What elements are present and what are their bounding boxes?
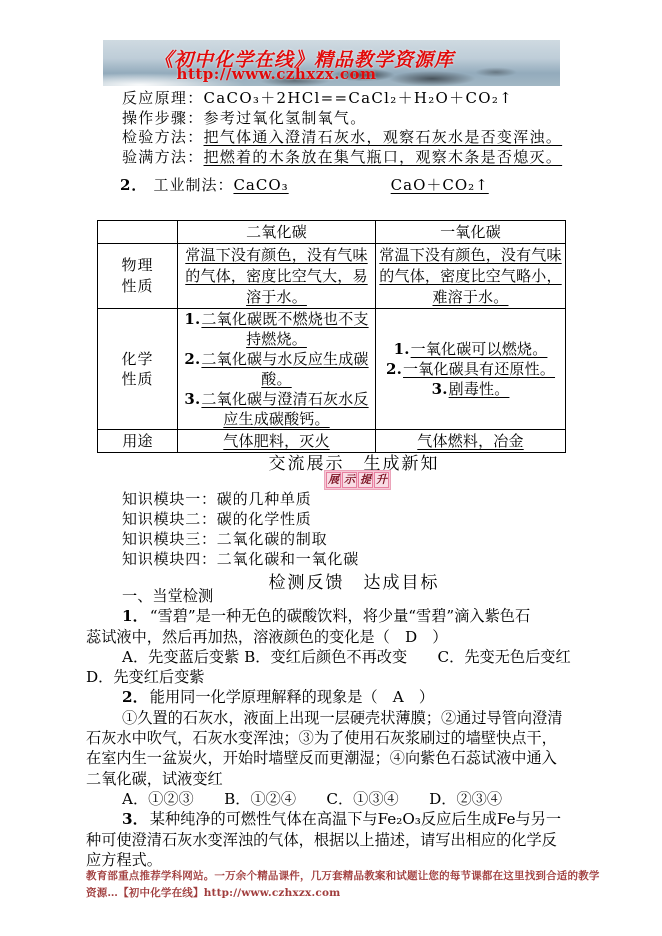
question-1-line: 蕊试液中，然后再加热，溶液颜色的变化是（ D ） [86, 627, 578, 647]
question-3-line: 3．某种纯净的可燃性气体在高温下与Fe₂O₃反应后生成Fe与另一 [86, 809, 578, 829]
physical-label: 物理性质 [120, 255, 155, 297]
stamp-char: 示 [342, 472, 357, 488]
chemical-co2-item: 3.二氧化碳与澄清石灰水反应生成碳酸钙。 [181, 389, 372, 429]
physical-co-text: 常温下没有颜色，没有气味的气体，密度比空气略小，难溶于水。 [379, 246, 561, 306]
lab-method-block: 反应原理：CaCO₃＋2HCl==CaCl₂＋H₂O＋CO₂↑ 操作步骤：参考过… [122, 89, 574, 167]
footer-line: 资源…【初中化学在线】http://www.czhxzx.com [86, 885, 591, 902]
test-method-answer: 把气体通入澄清石灰水，观察石灰水是否变浑浊。 [204, 128, 563, 146]
test-method-line: 检验方法：把气体通入澄清石灰水，观察石灰水是否变浑浊。 [122, 128, 574, 148]
knowledge-module-item: 知识模块三：二氧化碳的制取 [122, 529, 359, 549]
question-2-body: 二氧化碳，试液变红 [86, 769, 578, 789]
full-test-label: 验满方法： [122, 148, 204, 166]
question-1-options: D．先变红后变紫 [86, 667, 578, 687]
chemical-co2-item: 2.二氧化碳与水反应生成碳酸。 [181, 349, 372, 389]
item-text: 二氧化碳与水反应生成碳酸。 [201, 350, 368, 388]
chemical-co-item: 1.一氧化碳可以燃烧。 [379, 339, 562, 359]
physical-co2-cell: 常温下没有颜色，没有气味的气体，密度比空气大，易溶于水。 [178, 244, 376, 309]
item-number: 1. [394, 340, 410, 358]
item-number: 3. [432, 380, 448, 398]
operation-steps-line: 操作步骤：参考过氧化氢制氧气。 [122, 109, 574, 129]
display-improve-stamp: 展 示 提 升 [324, 470, 391, 490]
chemical-label: 化学性质 [120, 349, 155, 389]
reaction-principle-label: 反应原理： [122, 89, 204, 107]
header-co2-cell: 二氧化碳 [178, 221, 376, 244]
chemical-co-item: 3.剧毒性。 [379, 379, 562, 399]
stamp-char: 提 [358, 472, 373, 488]
chemical-properties-row: 化学性质 1.二氧化碳既不燃烧也不支持燃烧。 2.二氧化碳与水反应生成碳酸。 3… [98, 309, 566, 430]
physical-label-cell: 物理性质 [98, 244, 178, 309]
full-test-answer: 把燃着的木条放在集气瓶口，观察木条是否熄灭。 [204, 148, 563, 166]
item-text: 二氧化碳既不燃烧也不支持燃烧。 [201, 310, 368, 348]
chemical-co-cell: 1.一氧化碳可以燃烧。 2.一氧化碳具有还原性。 3.剧毒性。 [376, 309, 566, 430]
physical-co2-text: 常温下没有颜色，没有气味的气体，密度比空气大，易溶于水。 [185, 246, 367, 306]
item-text: 一氧化碳具有还原性。 [403, 360, 555, 378]
chemical-label-cell: 化学性质 [98, 309, 178, 430]
item-text: 剧毒性。 [449, 380, 510, 398]
operation-steps-label: 操作步骤： [122, 109, 204, 127]
chemical-co-item: 2.一氧化碳具有还原性。 [379, 359, 562, 379]
comparison-table: 二氧化碳 一氧化碳 物理性质 常温下没有颜色，没有气味的气体，密度比空气大，易溶… [97, 220, 566, 453]
industrial-method-number: 2． [120, 176, 147, 194]
site-footer: 教育部重点推荐学科网站。一万余个精品课件，几万套精品教案和试题让您的每节课都在这… [86, 868, 591, 902]
quiz-block: 一、当堂检测 1．“雪碧”是一种无色的碳酸饮料，将少量“雪碧”滴入紫色石 蕊试液… [86, 586, 578, 870]
item-text: 二氧化碳与澄清石灰水反应生成碳酸钙。 [201, 390, 368, 428]
site-banner: 《初中化学在线》精品教学资源库 http://www.czhxzx.com [103, 40, 560, 86]
stamp-char: 展 [326, 472, 341, 488]
question-2-text: 能用同一化学原理解释的现象是（ A ） [150, 688, 434, 706]
operation-steps-text: 参考过氧化氢制氧气。 [204, 109, 367, 127]
industrial-blank-product: CaO＋CO₂↑ [391, 176, 489, 194]
table-header-row: 二氧化碳 一氧化碳 [98, 221, 566, 244]
chemical-co2-item: 1.二氧化碳既不燃烧也不支持燃烧。 [181, 309, 372, 349]
full-test-line: 验满方法：把燃着的木条放在集气瓶口，观察木条是否熄灭。 [122, 148, 574, 168]
uses-co-text: 气体燃料，冶金 [417, 432, 523, 450]
test-method-label: 检验方法： [122, 128, 204, 146]
industrial-method-label: 工业制法： [153, 176, 233, 194]
physical-co-cell: 常温下没有颜色，没有气味的气体，密度比空气略小，难溶于水。 [376, 244, 566, 309]
chemical-co2-cell: 1.二氧化碳既不燃烧也不支持燃烧。 2.二氧化碳与水反应生成碳酸。 3.二氧化碳… [178, 309, 376, 430]
reaction-principle-equation: CaCO₃＋2HCl==CaCl₂＋H₂O＋CO₂↑ [204, 89, 514, 107]
question-2-options: A．①②③ B．①②④ C．①③④ D．②③④ [86, 789, 578, 809]
worksheet-page: 《初中化学在线》精品教学资源库 http://www.czhxzx.com 反应… [0, 0, 662, 936]
banner-url-link[interactable]: http://www.czhxzx.com [103, 65, 450, 83]
knowledge-module-item: 知识模块四：二氧化碳和一氧化碳 [122, 549, 359, 569]
question-1-text: “雪碧”是一种无色的碳酸饮料，将少量“雪碧”滴入紫色石 [150, 607, 530, 625]
uses-co2-text: 气体肥料，灭火 [223, 432, 329, 450]
question-1-options: A．先变蓝后变紫 B．变红后颜色不再改变 C．先变无色后变红 [86, 647, 578, 667]
item-text: 一氧化碳可以燃烧。 [411, 340, 548, 358]
item-number: 2. [386, 360, 402, 378]
reaction-principle-line: 反应原理：CaCO₃＋2HCl==CaCl₂＋H₂O＋CO₂↑ [122, 89, 574, 109]
question-2-line: 2．能用同一化学原理解释的现象是（ A ） [86, 687, 578, 707]
industrial-blank-reactant: CaCO₃ [233, 176, 298, 194]
question-3-line: 种可使澄清石灰水变浑浊的气体，根据以上描述，请写出相应的化学反 [86, 830, 578, 850]
question-2-number: 2． [122, 688, 148, 706]
quiz-section-title: 一、当堂检测 [86, 586, 578, 606]
item-number: 3. [184, 390, 200, 408]
footer-line: 教育部重点推荐学科网站。一万余个精品课件，几万套精品教案和试题让您的每节课都在这… [86, 868, 591, 885]
question-1-line: 1．“雪碧”是一种无色的碳酸饮料，将少量“雪碧”滴入紫色石 [86, 606, 578, 626]
question-2-body: 在室内生一盆炭火，开始时墙壁反而更潮湿；④向紫色石蕊试液中通入 [86, 748, 578, 768]
item-number: 1. [184, 310, 200, 328]
header-empty-cell [98, 221, 178, 244]
industrial-method-line: 2．工业制法：CaCO₃CaO＋CO₂↑ [120, 174, 489, 195]
question-1-number: 1． [122, 607, 148, 625]
question-2-body: ①久置的石灰水，液面上出现一层硬壳状薄膜；②通过导管向澄清 [86, 708, 578, 728]
physical-properties-row: 物理性质 常温下没有颜色，没有气味的气体，密度比空气大，易溶于水。 常温下没有颜… [98, 244, 566, 309]
question-2-body: 石灰水中吹气，石灰水变浑浊；③为了使用石灰浆刷过的墙壁快点干， [86, 728, 578, 748]
knowledge-modules-list: 知识模块一：碳的几种单质 知识模块二：碳的化学性质 知识模块三：二氧化碳的制取 … [122, 489, 359, 569]
question-3-text: 某种纯净的可燃性气体在高温下与Fe₂O₃反应后生成Fe与另一 [150, 810, 561, 828]
question-3-number: 3． [122, 810, 148, 828]
knowledge-module-item: 知识模块一：碳的几种单质 [122, 489, 359, 509]
header-co-cell: 一氧化碳 [376, 221, 566, 244]
stamp-char: 升 [374, 472, 389, 488]
knowledge-module-item: 知识模块二：碳的化学性质 [122, 509, 359, 529]
item-number: 2. [184, 350, 200, 368]
